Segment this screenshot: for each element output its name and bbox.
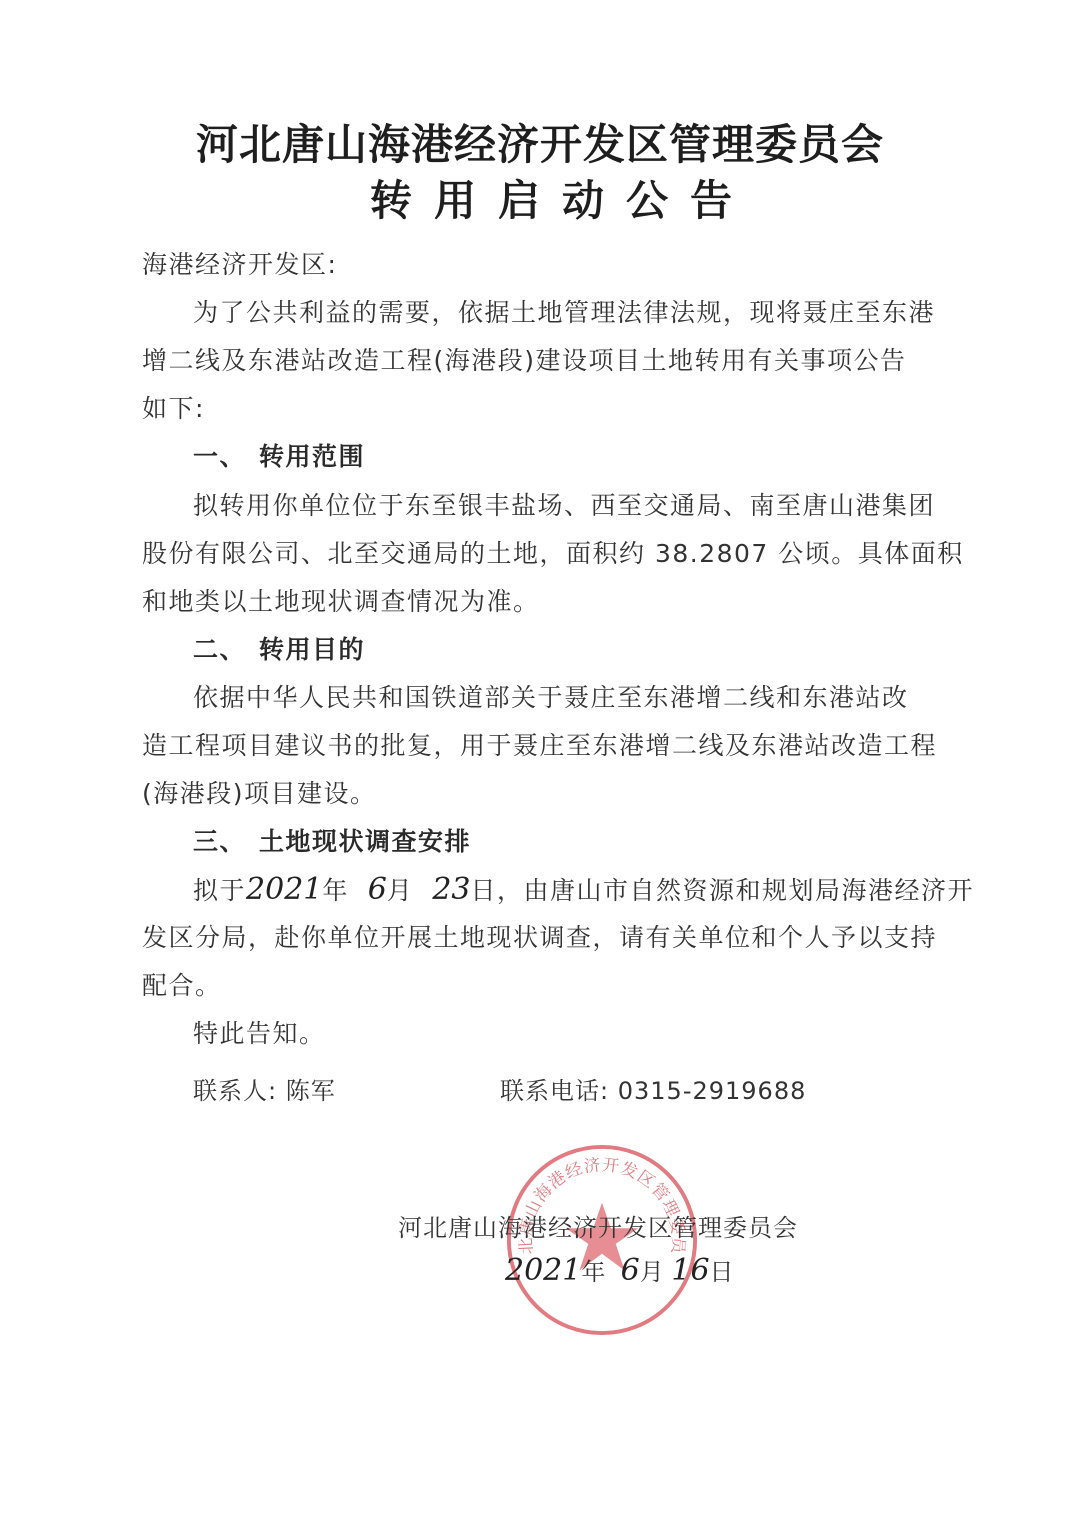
addressee: 海港经济开发区: — [142, 250, 912, 280]
intro-line-1: 为了公共利益的需要，依据土地管理法律法规，现将聂庄至东港 — [193, 298, 913, 328]
section-2-title: 转用目的 — [259, 635, 365, 664]
section-3-line-3: 配合。 — [142, 971, 912, 1001]
sign-month-unit: 月 — [640, 1258, 664, 1286]
survey-year-handwritten: 2021 — [246, 872, 322, 907]
survey-suffix: ，由唐山市自然资源和规划局海港经济开 — [497, 876, 974, 905]
survey-month-unit: 月 — [387, 876, 414, 905]
survey-prefix: 拟于 — [193, 876, 246, 905]
section-1-line-3: 和地类以土地现状调查情况为准。 — [142, 587, 912, 617]
survey-day-unit: 日 — [471, 876, 498, 905]
contact-phone: 联系电话: 0315-2919688 — [500, 1071, 806, 1106]
section-2-line-3: (海港段)项目建设。 — [142, 779, 912, 809]
section-3-title: 土地现状调查安排 — [259, 827, 471, 856]
sign-day-handwritten: 16 — [671, 1253, 709, 1288]
section-3-number: 三、 — [193, 827, 259, 857]
signature-issuer: 河北唐山海港经济开发区管理委员会 — [398, 1208, 798, 1243]
survey-day-handwritten: 23 — [432, 872, 470, 907]
section-1-line-2: 股份有限公司、北至交通局的土地，面积约 38.2807 公顷。具体面积 — [142, 539, 912, 569]
survey-year-unit: 年 — [322, 876, 349, 905]
intro-line-3: 如下: — [142, 394, 912, 424]
section-3-heading: 三、土地现状调查安排 — [193, 827, 963, 857]
sign-year-handwritten: 2021 — [505, 1253, 581, 1288]
survey-month-handwritten: 6 — [368, 872, 387, 907]
signature-date: 2021年 6月 16日 — [505, 1252, 734, 1288]
document-page: 河北唐山海港经济开发区管理委员会 转用启动公告 海港经济开发区: 为了公共利益的… — [0, 0, 1080, 1527]
document-title-issuer: 河北唐山海港经济开发区管理委员会 — [0, 112, 1080, 172]
section-2-line-2: 造工程项目建议书的批复，用于聂庄至东港增二线及东港站改造工程 — [142, 731, 912, 761]
survey-date-line: 拟于2021年 6月 23日，由唐山市自然资源和规划局海港经济开 — [193, 875, 913, 906]
sign-day-unit: 日 — [710, 1258, 734, 1286]
contact-phone-number: 0315-2919688 — [618, 1077, 807, 1105]
contact-phone-label: 联系电话: — [500, 1077, 609, 1105]
sign-year-unit: 年 — [581, 1258, 605, 1286]
section-2-line-1: 依据中华人民共和国铁道部关于聂庄至东港增二线和东港站改 — [193, 683, 913, 713]
intro-line-2: 增二线及东港站改造工程(海港段)建设项目土地转用有关事项公告 — [142, 346, 912, 376]
section-2-heading: 二、转用目的 — [193, 635, 963, 665]
document-title-type: 转用启动公告 — [0, 168, 1080, 228]
section-1-title: 转用范围 — [259, 442, 365, 471]
contact-person: 联系人: 陈军 — [193, 1071, 336, 1106]
section-1-line-1: 拟转用你单位位于东至银丰盐场、西至交通局、南至唐山港集团 — [193, 491, 913, 521]
section-1-heading: 一、转用范围 — [193, 442, 963, 472]
sign-month-handwritten: 6 — [621, 1253, 640, 1288]
section-1-number: 一、 — [193, 442, 259, 472]
section-2-number: 二、 — [193, 635, 259, 665]
contact-person-name: 陈军 — [286, 1077, 336, 1105]
contact-person-label: 联系人: — [193, 1077, 277, 1105]
closing-text: 特此告知。 — [193, 1019, 913, 1049]
section-3-line-2: 发区分局，赴你单位开展土地现状调查，请有关单位和个人予以支持 — [142, 923, 912, 953]
